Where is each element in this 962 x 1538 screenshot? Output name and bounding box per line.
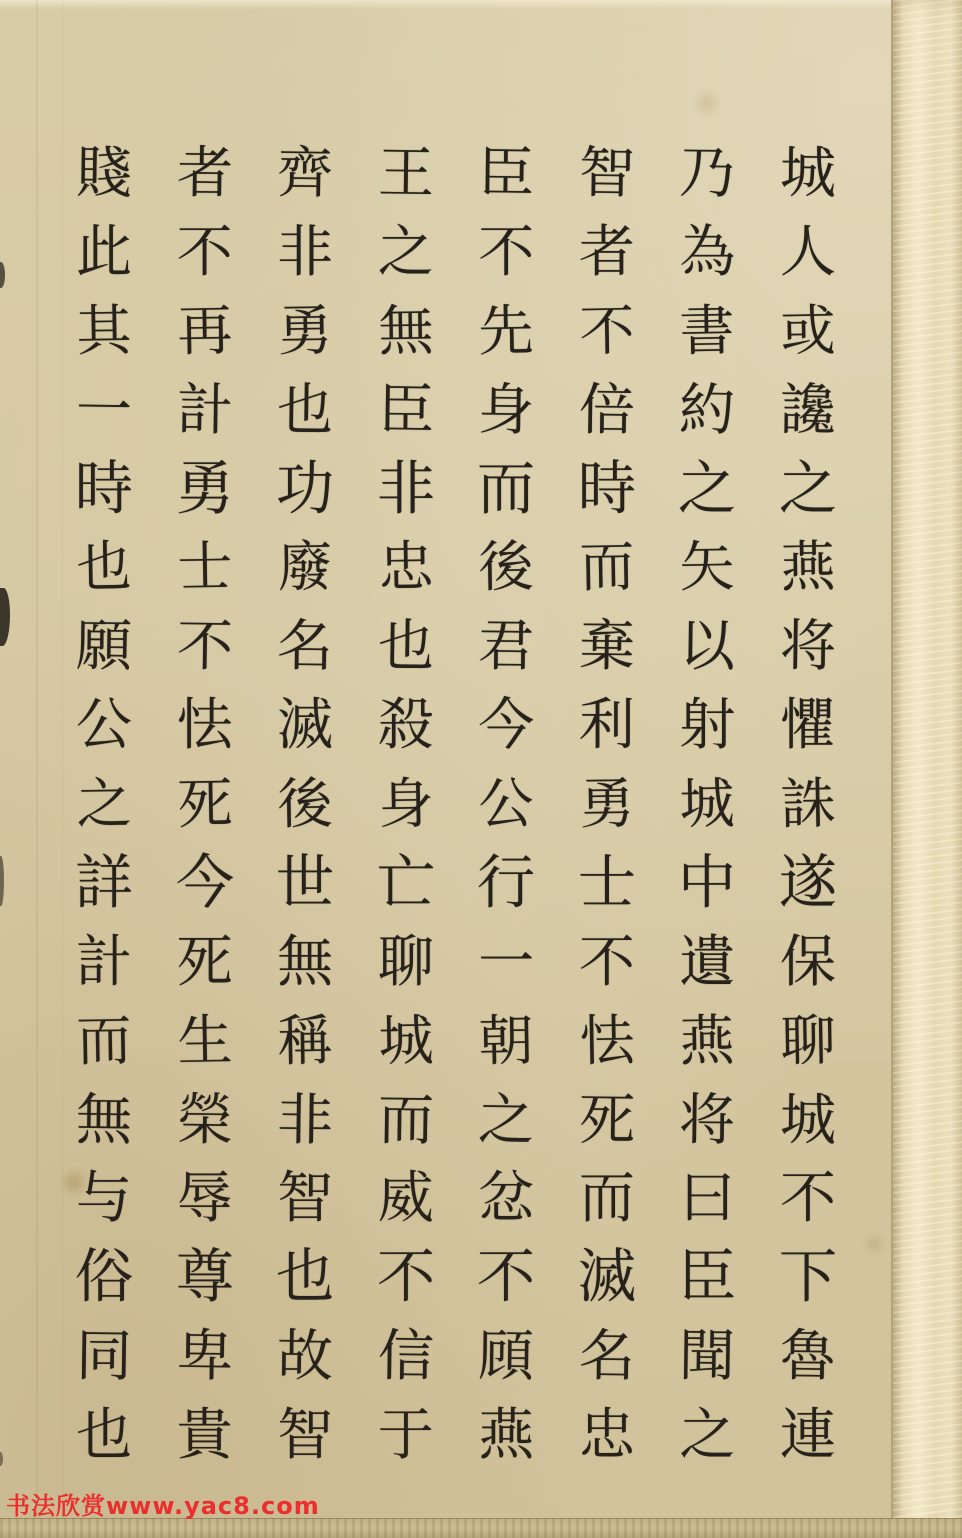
calligraphy-char: 人 xyxy=(780,225,836,281)
calligraphy-char: 智 xyxy=(578,146,635,203)
calligraphy-char: 先 xyxy=(478,304,534,360)
calligraphy-char: 勇 xyxy=(579,777,635,833)
text-column: 智者不倍時而棄利勇士不怯死而滅名忠 xyxy=(571,146,643,1464)
calligraphy-char: 其 xyxy=(76,304,132,360)
calligraphy-char: 之 xyxy=(779,460,837,518)
calligraphy-char: 臣 xyxy=(478,146,535,203)
calligraphy-char: 王 xyxy=(377,146,434,203)
calligraphy-char: 之 xyxy=(678,460,736,518)
calligraphy-char: 時 xyxy=(75,460,133,518)
calligraphy-char: 不 xyxy=(177,225,233,281)
calligraphy-char: 功 xyxy=(276,460,334,518)
text-column: 臣不先身而後君今公行一朝之忿不頋燕 xyxy=(470,146,542,1464)
calligraphy-char: 死 xyxy=(177,777,233,833)
calligraphy-char: 乃 xyxy=(679,146,736,203)
calligraphy-char: 聞 xyxy=(679,1329,736,1386)
calligraphy-char: 無 xyxy=(277,935,333,991)
calligraphy-char: 廢 xyxy=(277,540,333,596)
calligraphy-char: 矢 xyxy=(679,540,735,596)
calligraphy-char: 朝 xyxy=(478,1014,534,1070)
calligraphy-char: 今 xyxy=(478,698,534,754)
calligraphy-char: 誅 xyxy=(780,777,836,833)
manuscript-page: 城人或讒之燕将懼誅遂保聊城不下魯連乃為書約之矢以射城中遺燕将曰臣聞之智者不倍時而… xyxy=(0,0,962,1538)
calligraphy-char: 城 xyxy=(780,146,837,203)
calligraphy-char: 非 xyxy=(277,225,333,281)
calligraphy-char: 貴 xyxy=(177,1408,233,1464)
calligraphy-char: 故 xyxy=(277,1329,334,1386)
calligraphy-char: 賤 xyxy=(76,146,133,203)
calligraphy-char: 懼 xyxy=(780,698,836,754)
paper-stain xyxy=(690,92,724,114)
calligraphy-char: 忿 xyxy=(478,1171,534,1227)
calligraphy-char: 而 xyxy=(579,1171,635,1227)
calligraphy-char: 滅 xyxy=(277,698,333,754)
calligraphy-char: 死 xyxy=(177,935,233,991)
text-column: 賤此其一時也願公之詳計而無与俗同也 xyxy=(68,146,140,1464)
calligraphy-char: 世 xyxy=(276,855,334,913)
calligraphy-char: 魯 xyxy=(780,1329,837,1386)
calligraphy-char: 智 xyxy=(277,1171,333,1227)
calligraphy-char: 倍 xyxy=(578,382,635,439)
calligraphy-char: 一 xyxy=(478,935,534,991)
calligraphy-char: 臣 xyxy=(678,1249,736,1307)
calligraphy-char: 遂 xyxy=(779,855,837,913)
calligraphy-char: 保 xyxy=(780,935,836,991)
calligraphy-char: 勇 xyxy=(175,460,233,518)
calligraphy-char: 書 xyxy=(679,304,735,360)
paper-stain xyxy=(862,1232,886,1256)
calligraphy-char: 者 xyxy=(176,146,233,203)
calligraphy-char: 忠 xyxy=(378,540,434,596)
calligraphy-char: 約 xyxy=(679,382,736,439)
calligraphy-char: 将 xyxy=(679,1092,736,1149)
text-column: 王之無臣非忠也殺身亡聊城而威不信于 xyxy=(370,146,442,1464)
calligraphy-char: 生 xyxy=(177,1014,233,1070)
calligraphy-char: 城 xyxy=(679,777,735,833)
calligraphy-char: 下 xyxy=(779,1249,837,1307)
calligraphy-char: 讒 xyxy=(780,382,837,439)
calligraphy-char: 聊 xyxy=(780,1014,836,1070)
calligraphy-char: 棄 xyxy=(578,619,635,676)
text-column: 者不再計勇士不怯死今死生榮辱尊卑貴 xyxy=(169,146,241,1464)
calligraphy-char: 連 xyxy=(780,1408,836,1464)
calligraphy-char: 不 xyxy=(579,304,635,360)
calligraphy-char: 君 xyxy=(478,619,535,676)
calligraphy-char: 而 xyxy=(377,1092,434,1149)
calligraphy-char: 同 xyxy=(76,1329,133,1386)
silk-mount-border-right xyxy=(891,0,962,1538)
calligraphy-columns: 城人或讒之燕将懼誅遂保聊城不下魯連乃為書約之矢以射城中遺燕将曰臣聞之智者不倍時而… xyxy=(68,146,844,1464)
calligraphy-char: 無 xyxy=(76,1092,133,1149)
calligraphy-char: 頋 xyxy=(478,1329,535,1386)
calligraphy-char: 身 xyxy=(478,382,535,439)
calligraphy-char: 此 xyxy=(76,225,132,281)
calligraphy-char: 亡 xyxy=(377,855,435,913)
paper-crease xyxy=(36,0,38,1518)
calligraphy-char: 不 xyxy=(579,935,635,991)
calligraphy-char: 卑 xyxy=(176,1329,233,1386)
calligraphy-char: 殺 xyxy=(378,698,434,754)
calligraphy-char: 燕 xyxy=(679,1014,735,1070)
calligraphy-char: 勇 xyxy=(277,304,333,360)
calligraphy-char: 稱 xyxy=(277,1014,333,1070)
calligraphy-char: 遺 xyxy=(679,935,735,991)
calligraphy-char: 城 xyxy=(780,1092,837,1149)
calligraphy-char: 詳 xyxy=(75,855,133,913)
calligraphy-char: 射 xyxy=(679,698,735,754)
text-column: 齊非勇也功廢名滅後世無稱非智也故智 xyxy=(269,146,341,1464)
calligraphy-char: 怯 xyxy=(177,698,233,754)
calligraphy-char: 之 xyxy=(679,1408,735,1464)
calligraphy-char: 死 xyxy=(578,1092,635,1149)
calligraphy-char: 再 xyxy=(177,304,233,360)
calligraphy-char: 為 xyxy=(679,225,735,281)
watermark: 书法欣赏www.yac8.com xyxy=(6,1486,320,1521)
calligraphy-char: 名 xyxy=(277,619,334,676)
calligraphy-char: 忠 xyxy=(579,1408,635,1464)
calligraphy-char: 公 xyxy=(76,698,132,754)
calligraphy-char: 智 xyxy=(277,1408,333,1464)
calligraphy-char: 曰 xyxy=(679,1171,735,1227)
calligraphy-char: 非 xyxy=(377,460,435,518)
calligraphy-char: 非 xyxy=(277,1092,334,1149)
calligraphy-char: 之 xyxy=(378,225,434,281)
calligraphy-char: 身 xyxy=(378,777,434,833)
calligraphy-char: 之 xyxy=(478,1092,535,1149)
calligraphy-char: 怯 xyxy=(579,1014,635,1070)
calligraphy-char: 士 xyxy=(177,540,233,596)
calligraphy-char: 願 xyxy=(76,619,133,676)
calligraphy-char: 今 xyxy=(175,855,233,913)
calligraphy-char: 威 xyxy=(378,1171,434,1227)
calligraphy-char: 臣 xyxy=(377,382,434,439)
calligraphy-char: 榮 xyxy=(176,1092,233,1149)
calligraphy-char: 辱 xyxy=(177,1171,233,1227)
calligraphy-char: 時 xyxy=(578,460,636,518)
calligraphy-char: 名 xyxy=(578,1329,635,1386)
calligraphy-char: 後 xyxy=(277,777,333,833)
calligraphy-char: 聊 xyxy=(378,935,434,991)
calligraphy-char: 不 xyxy=(478,225,534,281)
calligraphy-char: 或 xyxy=(780,304,836,360)
calligraphy-char: 計 xyxy=(176,382,233,439)
calligraphy-char: 中 xyxy=(678,855,736,913)
calligraphy-char: 也 xyxy=(276,1249,334,1307)
silk-mount-border-bottom xyxy=(0,1518,962,1538)
calligraphy-char: 後 xyxy=(478,540,534,596)
calligraphy-char: 之 xyxy=(76,777,132,833)
calligraphy-char: 也 xyxy=(377,619,434,676)
calligraphy-char: 一 xyxy=(76,382,133,439)
calligraphy-char: 燕 xyxy=(780,540,836,596)
calligraphy-char: 而 xyxy=(76,1014,132,1070)
calligraphy-char: 而 xyxy=(477,460,535,518)
calligraphy-char: 公 xyxy=(478,777,534,833)
calligraphy-char: 利 xyxy=(579,698,635,754)
calligraphy-char: 以 xyxy=(679,619,736,676)
paper-crease xyxy=(62,0,63,1518)
calligraphy-char: 者 xyxy=(579,225,635,281)
calligraphy-char: 士 xyxy=(578,855,636,913)
calligraphy-char: 将 xyxy=(780,619,837,676)
calligraphy-char: 齊 xyxy=(277,146,334,203)
calligraphy-char: 燕 xyxy=(478,1408,534,1464)
calligraphy-char: 也 xyxy=(76,1408,132,1464)
text-column: 乃為書約之矢以射城中遺燕将曰臣聞之 xyxy=(671,146,743,1464)
calligraphy-char: 不 xyxy=(377,1249,435,1307)
calligraphy-char: 于 xyxy=(378,1408,434,1464)
calligraphy-char: 尊 xyxy=(175,1249,233,1307)
calligraphy-char: 滅 xyxy=(578,1249,636,1307)
calligraphy-char: 不 xyxy=(780,1171,836,1227)
calligraphy-char: 不 xyxy=(176,619,233,676)
calligraphy-char: 俗 xyxy=(75,1249,133,1307)
text-column: 城人或讒之燕将懼誅遂保聊城不下魯連 xyxy=(772,146,844,1464)
calligraphy-char: 信 xyxy=(377,1329,434,1386)
calligraphy-char: 而 xyxy=(579,540,635,596)
calligraphy-char: 不 xyxy=(477,1249,535,1307)
calligraphy-char: 也 xyxy=(76,540,132,596)
calligraphy-char: 行 xyxy=(477,855,535,913)
calligraphy-char: 計 xyxy=(76,935,132,991)
calligraphy-char: 城 xyxy=(378,1014,434,1070)
calligraphy-char: 無 xyxy=(378,304,434,360)
paper-top-edge xyxy=(0,0,962,9)
paper-stain xyxy=(60,1166,88,1198)
calligraphy-char: 也 xyxy=(277,382,334,439)
